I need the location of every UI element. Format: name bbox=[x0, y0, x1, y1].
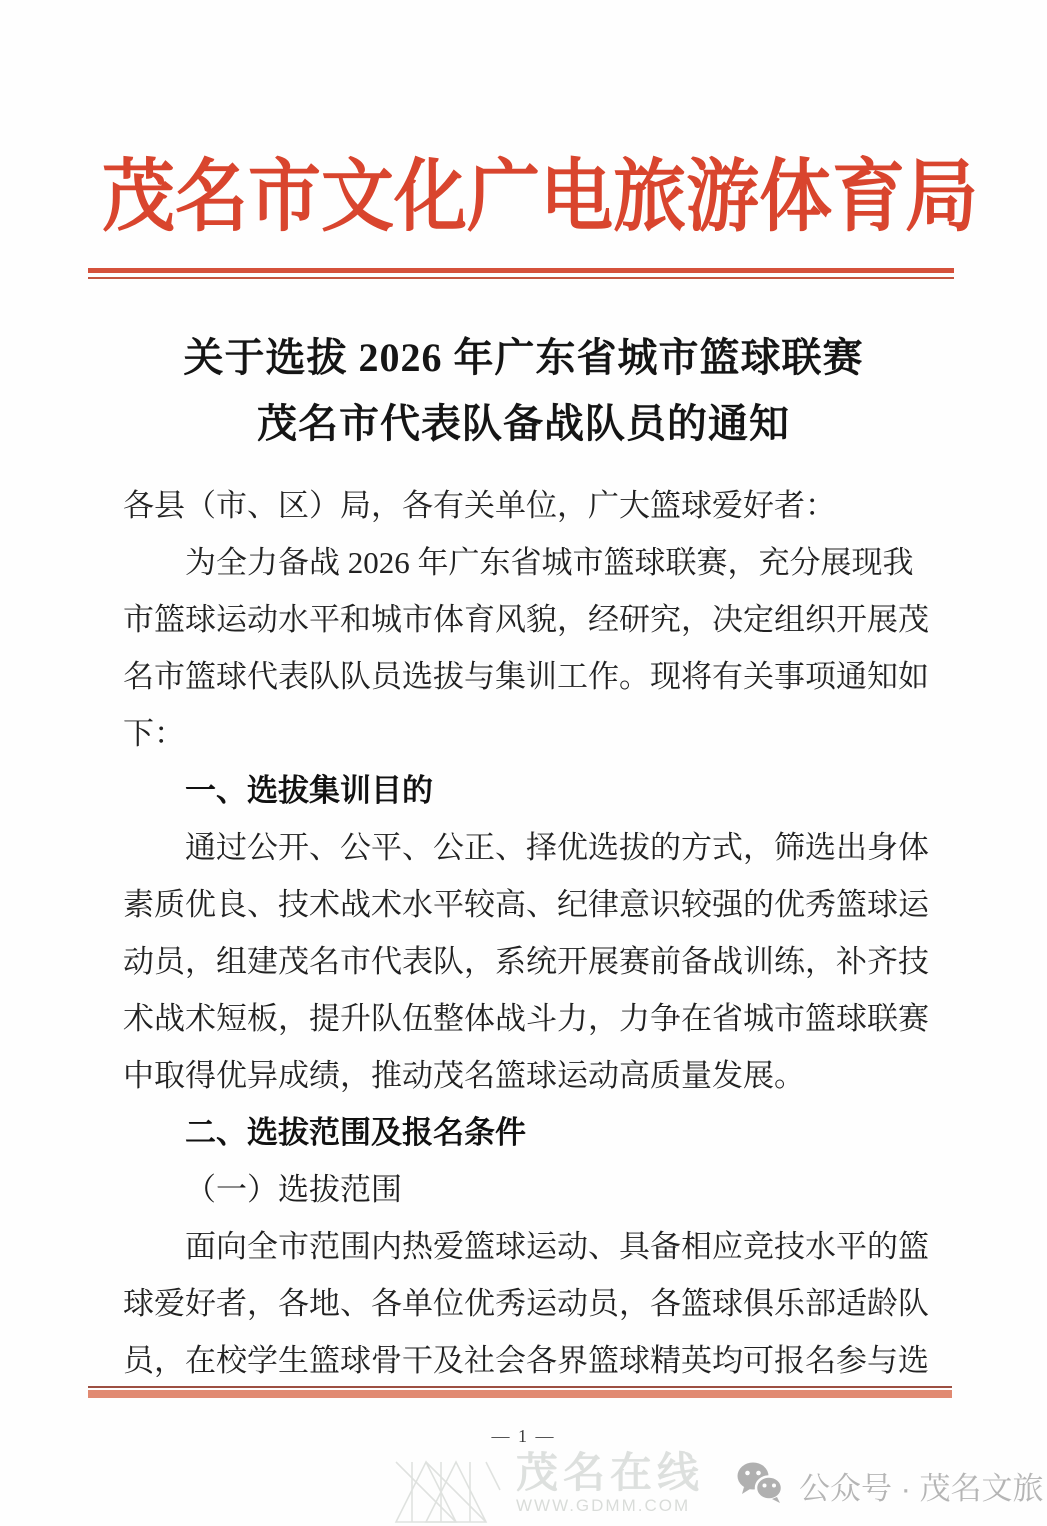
para-purpose-line-5: 中取得优异成绩，推动茂名篮球运动高质量发展。 bbox=[123, 1047, 933, 1104]
footer-rule-thick bbox=[88, 1390, 952, 1398]
para-intro-line-2: 市篮球运动水平和城市体育风貌，经研究，决定组织开展茂 bbox=[123, 591, 933, 648]
header-rule bbox=[88, 268, 954, 279]
heading-section-1-line-1: 一、选拔集训目的 bbox=[123, 762, 933, 819]
watermark-site-url: WWW.GDMM.COM bbox=[516, 1496, 704, 1516]
wechat-badge-label: 公众号 · 茂名文旅 bbox=[799, 1463, 1044, 1508]
heading-section-2-line-1: 二、选拔范围及报名条件 bbox=[123, 1104, 933, 1161]
header-rule-thin bbox=[88, 277, 954, 279]
document-title-line1: 关于选拔 2026 年广东省城市篮球联赛 bbox=[0, 325, 1047, 391]
document-title: 关于选拔 2026 年广东省城市篮球联赛 茂名市代表队备战队员的通知 bbox=[0, 325, 1047, 457]
page-number: — 1 — bbox=[0, 1426, 1047, 1447]
para-scope-line-1: 面向全市范围内热爱篮球运动、具备相应竞技水平的篮 bbox=[123, 1218, 933, 1275]
para-intro-line-1: 为全力备战 2026 年广东省城市篮球联赛，充分展现我 bbox=[123, 534, 933, 591]
agency-header: 茂名市文化广电旅游体育局 bbox=[102, 150, 1047, 245]
para-purpose-line-1: 通过公开、公平、公正、择优选拔的方式，筛选出身体 bbox=[123, 819, 933, 876]
document-body: 各县（市、区）局，各有关单位，广大篮球爱好者：为全力备战 2026 年广东省城市… bbox=[123, 477, 933, 1389]
para-scope-line-2: 球爱好者，各地、各单位优秀运动员，各篮球俱乐部适龄队 bbox=[123, 1275, 933, 1332]
footer-rule bbox=[88, 1386, 952, 1398]
heading-sub-1-line-1: （一）选拔范围 bbox=[123, 1161, 933, 1218]
watermark: 茂名在线 WWW.GDMM.COM bbox=[392, 1450, 704, 1526]
watermark-text: 茂名在线 WWW.GDMM.COM bbox=[516, 1450, 704, 1516]
watermark-logo-icon bbox=[392, 1450, 504, 1526]
document-page: 茂名市文化广电旅游体育局 关于选拔 2026 年广东省城市篮球联赛 茂名市代表队… bbox=[0, 0, 1047, 1526]
para-purpose-line-4: 术战术短板，提升队伍整体战斗力，力争在省城市篮球联赛 bbox=[123, 990, 933, 1047]
wechat-icon bbox=[735, 1461, 785, 1510]
wechat-badge: 公众号 · 茂名文旅 bbox=[735, 1460, 1044, 1510]
para-purpose-line-2: 素质优良、技术战术水平较高、纪律意识较强的优秀篮球运 bbox=[123, 876, 933, 933]
para-intro-line-3: 名市篮球代表队队员选拔与集训工作。现将有关事项通知如 bbox=[123, 648, 933, 705]
para-intro-line-4: 下： bbox=[123, 705, 933, 762]
document-title-line2: 茂名市代表队备战队员的通知 bbox=[0, 391, 1047, 457]
watermark-site-name: 茂名在线 bbox=[516, 1450, 704, 1496]
para-scope-line-3: 员，在校学生篮球骨干及社会各界篮球精英均可报名参与选 bbox=[123, 1332, 933, 1389]
para-purpose-line-3: 动员，组建茂名市代表队，系统开展赛前备战训练，补齐技 bbox=[123, 933, 933, 990]
salutation-line-1: 各县（市、区）局，各有关单位，广大篮球爱好者： bbox=[123, 477, 933, 534]
